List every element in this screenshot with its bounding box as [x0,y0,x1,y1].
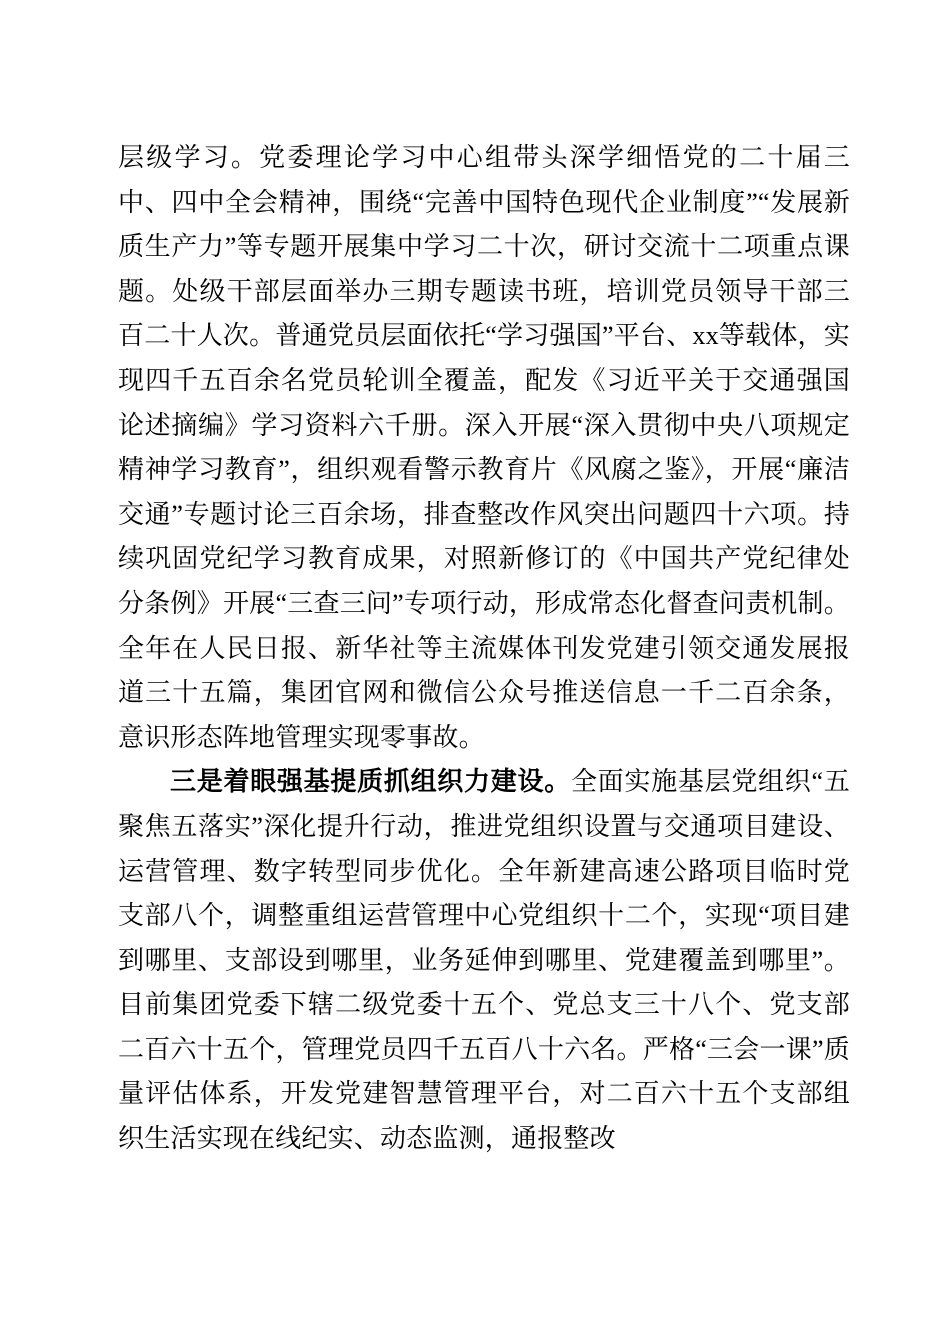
paragraph: 三是着眼强基提质抓组织力建设。全面实施基层党组织“五聚焦五落实”深化提升行动，推… [118,760,850,1161]
paragraph: 层级学习。党委理论学习中心组带头深学细悟党的二十届三中、四中全会精神，围绕“完善… [118,136,850,760]
text-run: 全面实施基层党组织“五聚焦五落实”深化提升行动，推进党组织设置与交通项目建设、运… [118,767,850,1153]
text-run: 层级学习。党委理论学习中心组带头深学细悟党的二十届三中、四中全会精神，围绕“完善… [118,143,850,752]
document-page: 层级学习。党委理论学习中心组带头深学细悟党的二十届三中、四中全会精神，围绕“完善… [0,0,950,1344]
bold-lead-text-run: 三是着眼强基提质抓组织力建设。 [170,767,571,796]
document-body: 层级学习。党委理论学习中心组带头深学细悟党的二十届三中、四中全会精神，围绕“完善… [118,136,850,1162]
